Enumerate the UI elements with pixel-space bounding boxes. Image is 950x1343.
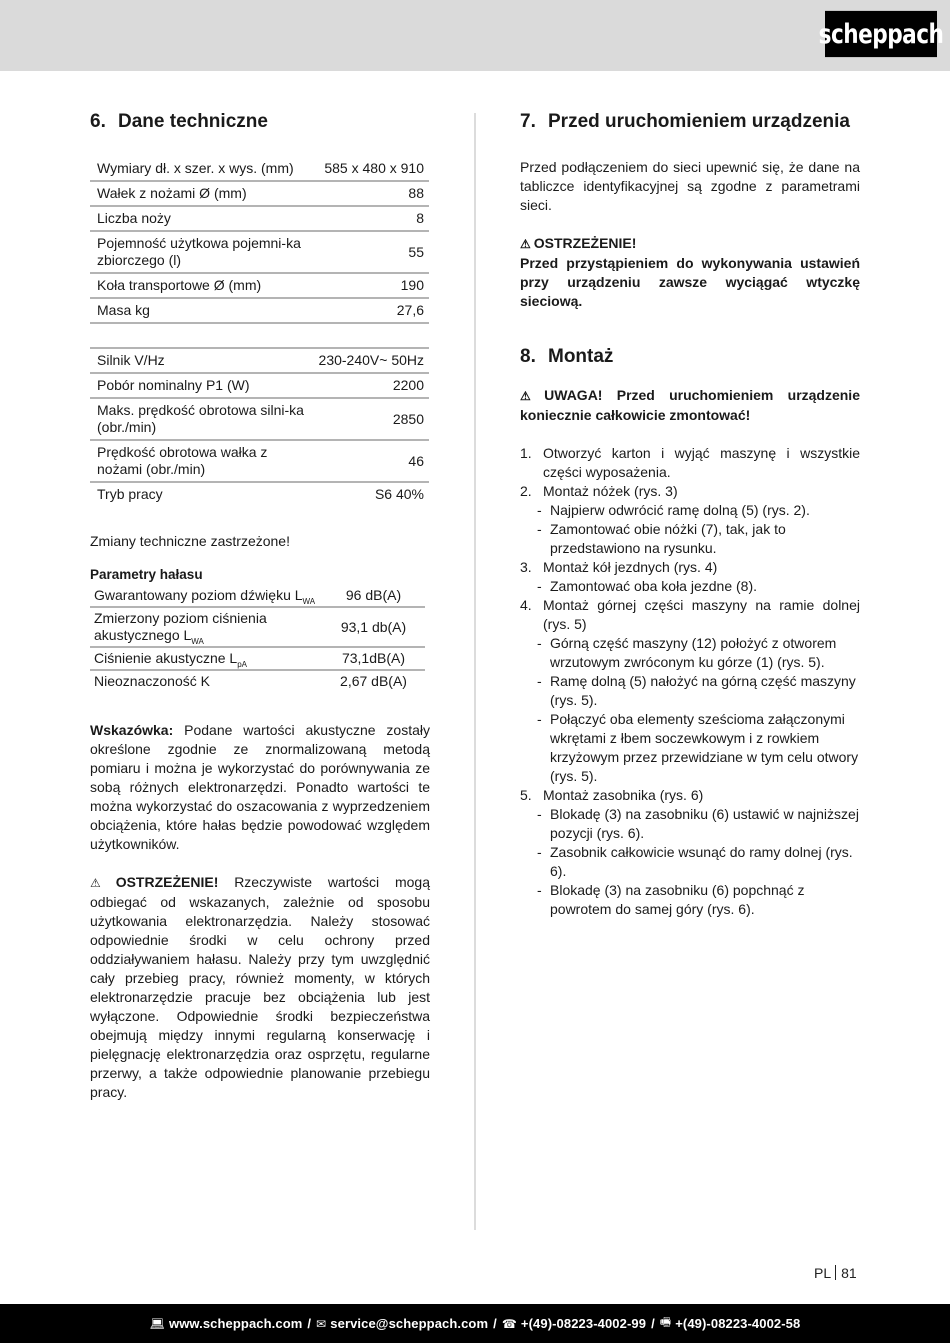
spec-table-general: Wymiary dł. x szer. x wys. (mm)585 x 480… bbox=[90, 157, 429, 324]
spec-value: 55 bbox=[317, 231, 429, 273]
spec-value: 88 bbox=[317, 181, 429, 206]
technical-changes-note: Zmiany techniczne zastrzeżone! bbox=[90, 532, 430, 551]
assembly-substep: Zasobnik całkowicie wsunąć do ramy dolne… bbox=[533, 843, 860, 881]
spec-row: Prędkość obrotowa wałka z nożami (obr./m… bbox=[90, 440, 429, 482]
noise-row: Nieoznaczoność K2,67 dB(A) bbox=[90, 670, 425, 692]
spec-label: Maks. prędkość obrotowa silni-ka (obr./m… bbox=[90, 398, 312, 440]
fax-icon: 🖷︎ bbox=[660, 1313, 671, 1334]
assembly-substep: Blokadę (3) na zasobniku (6) ustawić w n… bbox=[533, 805, 860, 843]
mail-icon: ✉︎ bbox=[316, 1317, 326, 1331]
assembly-substep: Ramę dolną (5) nałożyć na górną część ma… bbox=[533, 672, 860, 710]
assembly-substep: Górną część maszyny (12) położyć z otwor… bbox=[533, 634, 860, 672]
spec-label: Tryb pracy bbox=[90, 482, 312, 506]
footer-bar: 💻︎www.scheppach.com / ✉︎service@scheppac… bbox=[0, 1304, 950, 1343]
spec-row: Pojemność użytkowa pojemni-ka zbiorczego… bbox=[90, 231, 429, 273]
warning-triangle-icon: ⚠ bbox=[520, 237, 531, 251]
assembly-substeps: Zamontować oba koła jezdne (8). bbox=[533, 577, 860, 596]
computer-icon: 💻︎ bbox=[150, 1317, 165, 1331]
noise-value: 2,67 dB(A) bbox=[322, 670, 425, 692]
assembly-step: 5.Montaż zasobnika (rys. 6)Blokadę (3) n… bbox=[520, 786, 860, 919]
noise-value: 73,1dB(A) bbox=[322, 647, 425, 670]
section-8-heading: 8.Montaż bbox=[520, 345, 860, 369]
noise-value: 93,1 db(A) bbox=[322, 607, 425, 647]
network-check-paragraph: Przed podłączeniem do sieci upewnić się,… bbox=[520, 158, 860, 215]
spec-value: 2200 bbox=[312, 373, 429, 398]
phone-icon: ☎︎ bbox=[502, 1317, 517, 1331]
section-6-heading: 6.Dane techniczne bbox=[90, 110, 430, 134]
noise-row: Zmierzony poziom ciśnienia akustycznego … bbox=[90, 607, 425, 647]
header-bar: scheppach bbox=[0, 0, 950, 71]
spec-row: Koła transportowe Ø (mm)190 bbox=[90, 273, 429, 298]
spec-value: 8 bbox=[317, 206, 429, 231]
spec-row: Maks. prędkość obrotowa silni-ka (obr./m… bbox=[90, 398, 429, 440]
assembly-substep: Blokadę (3) na zasobniku (6) popchnąć z … bbox=[533, 881, 860, 919]
spec-value: 2850 bbox=[312, 398, 429, 440]
website-link[interactable]: www.scheppach.com bbox=[169, 1316, 302, 1331]
assembly-substeps: Najpierw odwrócić ramę dolną (5) (rys. 2… bbox=[533, 501, 860, 558]
assembly-caution: ⚠UWAGA! Przed uruchomieniem urządzenie k… bbox=[520, 386, 860, 425]
spec-value: 46 bbox=[312, 440, 429, 482]
assembly-step: 3.Montaż kół jezdnych (rys. 4)Zamontować… bbox=[520, 558, 860, 596]
noise-parameters-title: Parametry hałasu bbox=[90, 565, 430, 584]
spec-label: Pobór nominalny P1 (W) bbox=[90, 373, 312, 398]
brand-logo: scheppach bbox=[825, 11, 937, 57]
spec-label: Liczba noży bbox=[90, 206, 317, 231]
assembly-substep: Zamontować oba koła jezdne (8). bbox=[533, 577, 860, 596]
hint-paragraph: Wskazówka: Podane wartości akustyczne zo… bbox=[90, 721, 430, 854]
assembly-step: 1.Otworzyć karton i wyjąć maszynę i wszy… bbox=[520, 444, 860, 482]
spec-row: Pobór nominalny P1 (W)2200 bbox=[90, 373, 429, 398]
phone-number: +(49)-08223-4002-99 bbox=[521, 1316, 646, 1331]
warning-triangle-icon: ⚠ bbox=[90, 876, 113, 890]
noise-label: Ciśnienie akustyczne LpA bbox=[90, 647, 322, 670]
spec-row: Wymiary dł. x szer. x wys. (mm)585 x 480… bbox=[90, 157, 429, 181]
page-separator bbox=[835, 1265, 836, 1280]
spec-label: Wymiary dł. x szer. x wys. (mm) bbox=[90, 157, 317, 181]
spec-row: Liczba noży8 bbox=[90, 206, 429, 231]
assembly-substep: Połączyć oba elementy sześcioma załączon… bbox=[533, 710, 860, 786]
section-7-heading: 7.Przed uruchomieniem urządzenia bbox=[520, 110, 860, 134]
spec-row: Tryb pracyS6 40% bbox=[90, 482, 429, 506]
assembly-substeps: Blokadę (3) na zasobniku (6) ustawić w n… bbox=[533, 805, 860, 919]
email-link[interactable]: service@scheppach.com bbox=[330, 1316, 488, 1331]
warning-triangle-icon: ⚠ bbox=[520, 389, 541, 403]
spec-label: Silnik V/Hz bbox=[90, 348, 312, 373]
spec-label: Prędkość obrotowa wałka z nożami (obr./m… bbox=[90, 440, 312, 482]
assembly-substep: Zamontować obie nóżki (7), tak, jak to p… bbox=[533, 520, 860, 558]
noise-row: Ciśnienie akustyczne LpA73,1dB(A) bbox=[90, 647, 425, 670]
spec-value: 27,6 bbox=[317, 298, 429, 323]
spec-row: Silnik V/Hz230-240V~ 50Hz bbox=[90, 348, 429, 373]
spec-label: Masa kg bbox=[90, 298, 317, 323]
spec-value: 190 bbox=[317, 273, 429, 298]
assembly-substep: Najpierw odwrócić ramę dolną (5) (rys. 2… bbox=[533, 501, 860, 520]
spec-label: Koła transportowe Ø (mm) bbox=[90, 273, 317, 298]
spec-label: Wałek z nożami Ø (mm) bbox=[90, 181, 317, 206]
noise-label: Gwarantowany poziom dźwięku LWA bbox=[90, 585, 322, 607]
noise-row: Gwarantowany poziom dźwięku LWA96 dB(A) bbox=[90, 585, 425, 607]
noise-warning-paragraph: ⚠OSTRZEŻENIE! Rzeczywiste wartości mogą … bbox=[90, 873, 430, 1102]
spec-row: Masa kg27,6 bbox=[90, 298, 429, 323]
column-divider bbox=[474, 113, 476, 1230]
spec-value: 230-240V~ 50Hz bbox=[312, 348, 429, 373]
assembly-substeps: Górną część maszyny (12) położyć z otwor… bbox=[533, 634, 860, 786]
spec-row: Wałek z nożami Ø (mm)88 bbox=[90, 181, 429, 206]
spec-table-motor: Silnik V/Hz230-240V~ 50HzPobór nominalny… bbox=[90, 347, 429, 506]
spec-value: 585 x 480 x 910 bbox=[317, 157, 429, 181]
power-warning-label: ⚠OSTRZEŻENIE! bbox=[520, 234, 860, 254]
assembly-step: 2.Montaż nóżek (rys. 3)Najpierw odwrócić… bbox=[520, 482, 860, 558]
fax-number: +(49)-08223-4002-58 bbox=[675, 1316, 800, 1331]
assembly-step: 4.Montaż górnej części maszyny na ramie … bbox=[520, 596, 860, 786]
assembly-steps: 1.Otworzyć karton i wyjąć maszynę i wszy… bbox=[520, 444, 860, 919]
right-column: 7.Przed uruchomieniem urządzenia Przed p… bbox=[520, 110, 860, 919]
noise-table: Gwarantowany poziom dźwięku LWA96 dB(A)Z… bbox=[90, 585, 425, 692]
power-warning-text: Przed przystąpieniem do wykonywania usta… bbox=[520, 254, 860, 311]
noise-value: 96 dB(A) bbox=[322, 585, 425, 607]
left-column: 6.Dane techniczne Wymiary dł. x szer. x … bbox=[90, 110, 430, 1102]
noise-label: Zmierzony poziom ciśnienia akustycznego … bbox=[90, 607, 322, 647]
spec-value: S6 40% bbox=[312, 482, 429, 506]
spec-label: Pojemność użytkowa pojemni-ka zbiorczego… bbox=[90, 231, 317, 273]
page-number: PL81 bbox=[814, 1265, 857, 1281]
noise-label: Nieoznaczoność K bbox=[90, 670, 322, 692]
